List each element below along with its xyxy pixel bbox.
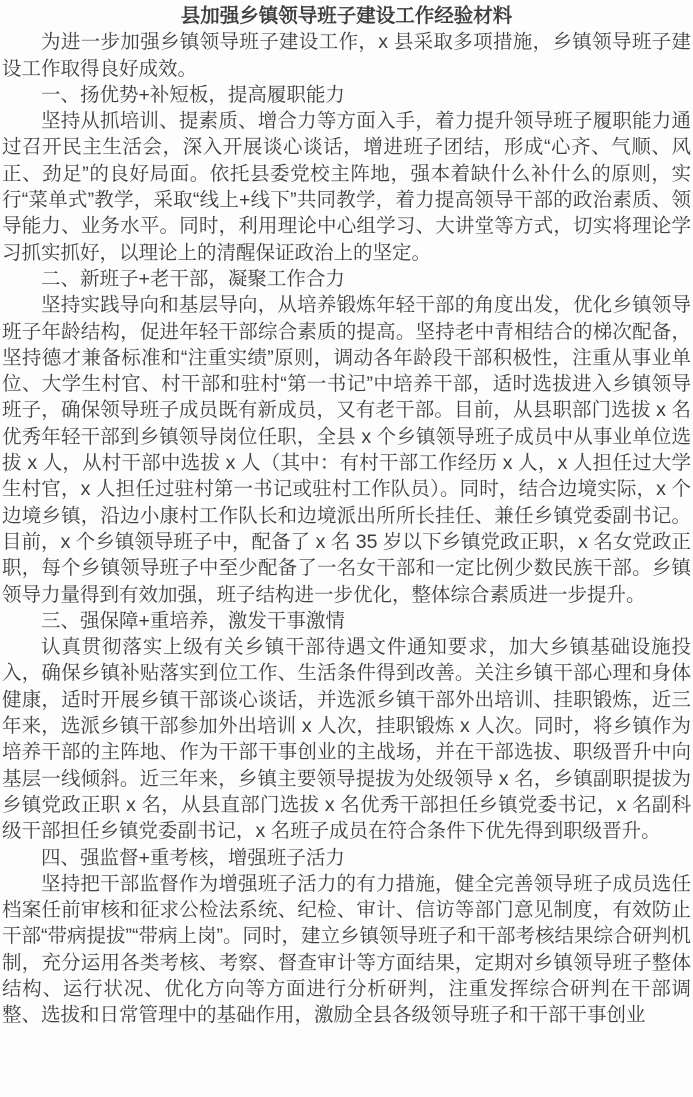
paragraph-section-3: 认真贯彻落实上级有关乡镇干部待遇文件通知要求，加大乡镇基础设施投入，确保乡镇补贴…	[2, 634, 691, 844]
section-heading-2: 二、新班子+老干部，凝聚工作合力	[2, 266, 691, 292]
document-title: 县加强乡镇领导班子建设工作经验材料	[2, 3, 691, 29]
section-heading-4: 四、强监督+重考核，增强班子活力	[2, 845, 691, 871]
section-heading-3: 三、强保障+重培养，激发干事激情	[2, 608, 691, 634]
section-heading-1: 一、扬优势+补短板，提高履职能力	[2, 82, 691, 108]
paragraph-section-2: 坚持实践导向和基层导向，从培养锻炼年轻干部的角度出发，优化乡镇领导班子年龄结构，…	[2, 292, 691, 608]
document-page: 县加强乡镇领导班子建设工作经验材料 为进一步加强乡镇领导班子建设工作，x 县采取…	[0, 0, 693, 1097]
paragraph-intro: 为进一步加强乡镇领导班子建设工作，x 县采取多项措施，乡镇领导班子建设工作取得良…	[2, 29, 691, 82]
paragraph-section-1: 坚持从抓培训、提素质、增合力等方面入手，着力提升领导班子履职能力通过召开民主生活…	[2, 108, 691, 266]
paragraph-section-4: 坚持把干部监督作为增强班子活力的有力措施，健全完善领导班子成员选任档案任前审核和…	[2, 871, 691, 1029]
